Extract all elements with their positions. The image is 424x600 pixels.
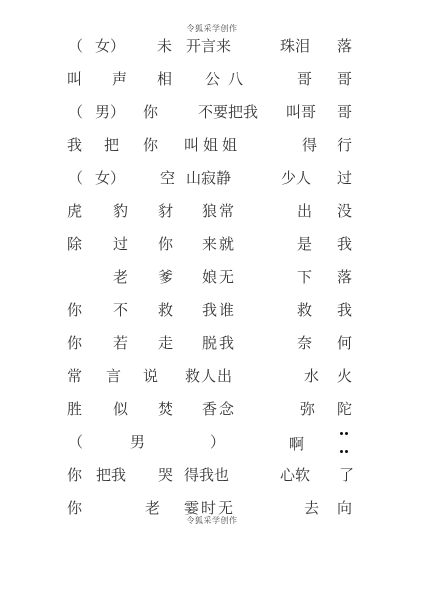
lyric-text: 珠泪 [280,37,310,55]
lyric-text: 出 [297,202,312,220]
lyric-text: 把我 [96,466,126,484]
lyric-text: 哭 [158,466,173,484]
lyric-text: 我 [337,235,352,253]
lyric-text: 豺 [158,202,173,220]
lyric-text: 爹 [158,268,173,286]
lyric-text: 哥 [337,103,352,121]
lyric-text: 救 [297,301,312,319]
lyric-text: 叫 [67,70,82,88]
lyric-text: 我谁 [202,301,236,319]
lyric-text: 未 [157,37,172,55]
page-footer: 令狐采学创作 [0,515,424,526]
lyric-text: 老 [113,268,128,286]
lyric-text: 似 [113,400,128,418]
lyric-text: （ [68,433,83,451]
lyric-text: 豹 [113,202,128,220]
lyric-text: 我 [337,301,352,319]
lyric-text: 陀 [337,400,352,418]
lyric-text: 走 [158,334,173,352]
lyric-text: 来就 [202,235,236,253]
lyric-text: 叫姐姐 [184,136,241,154]
lyric-text: 心软 [280,466,310,484]
lyric-text: 把 [104,136,119,154]
lyric-text: 相 [157,70,172,88]
lyric-text: 火 [337,367,352,385]
lyric-text: 没 [337,202,352,220]
lyric-text: 哥 [337,70,352,88]
lyric-text: 下 [297,268,312,286]
lyric-text: 哥 [297,70,312,88]
lyric-text: 你 [67,334,82,352]
lyric-text: 少人 [281,169,311,187]
lyric-text: 说 [143,367,158,385]
lyric-text: 山寂静 [186,169,231,187]
lyric-text: 得 [302,136,317,154]
lyric-text: 落 [337,37,352,55]
lyric-text: 常 [67,367,82,385]
lyric-text: 除 [67,235,82,253]
lyric-text: ） [210,433,225,451]
lyric-text: 女） [95,169,125,187]
lyric-text: 言 [106,367,121,385]
document-page: 令狐采学创作 （ 女） 未 开言来 珠泪 落 叫 声 相 公八 哥 哥 （ 男）… [0,0,424,600]
lyric-text: 公八 [205,70,251,88]
lyric-text: 你 [143,136,158,154]
lyric-text: 脱我 [202,334,236,352]
lyric-text: 胜 [67,400,82,418]
lyric-text: 你 [143,103,158,121]
lyric-text: 你 [158,235,173,253]
lyric-text: 女） [95,37,125,55]
lyric-text: 叫哥 [286,103,316,121]
lyric-text: （ [68,169,83,187]
lyric-text: 男） [95,103,125,121]
lyric-text: 空 [160,169,175,187]
lyric-text: （ [68,37,83,55]
lyric-text: 何 [337,334,352,352]
colon-mark [340,432,350,454]
lyric-text: 你 [67,301,82,319]
lyric-text: 男 [130,433,145,451]
lyric-text: 开言来 [186,37,231,55]
lyric-text: 过 [337,169,352,187]
lyric-text: 是 [297,235,312,253]
lyric-text: 我 [67,136,82,154]
lyric-text: 行 [337,136,352,154]
lyric-text: 落 [337,268,352,286]
lyric-text: 不要把我 [198,103,258,121]
lyric-text: 过 [113,235,128,253]
lyric-text: 娘无 [202,268,236,286]
lyric-text: 了 [339,466,354,484]
lyric-text: 救人出 [185,367,233,385]
lyric-text: 水 [304,367,319,385]
lyric-text: 得我也 [184,466,229,484]
lyric-text: 狼常 [202,202,236,220]
lyric-text: 不 [113,301,128,319]
lyric-text: 啊 [289,435,304,453]
lyric-text: 若 [113,334,128,352]
lyric-text: 你 [67,466,82,484]
lyric-text: 焚 [158,400,173,418]
lyric-text: 声 [112,70,127,88]
page-header: 令狐采学创作 [0,23,424,34]
lyric-text: 弥 [300,400,315,418]
lyric-text: （ [68,103,83,121]
lyric-text: 虎 [67,202,82,220]
lyric-text: 救 [158,301,173,319]
lyric-text: 奈 [297,334,312,352]
lyric-text: 香念 [202,400,236,418]
